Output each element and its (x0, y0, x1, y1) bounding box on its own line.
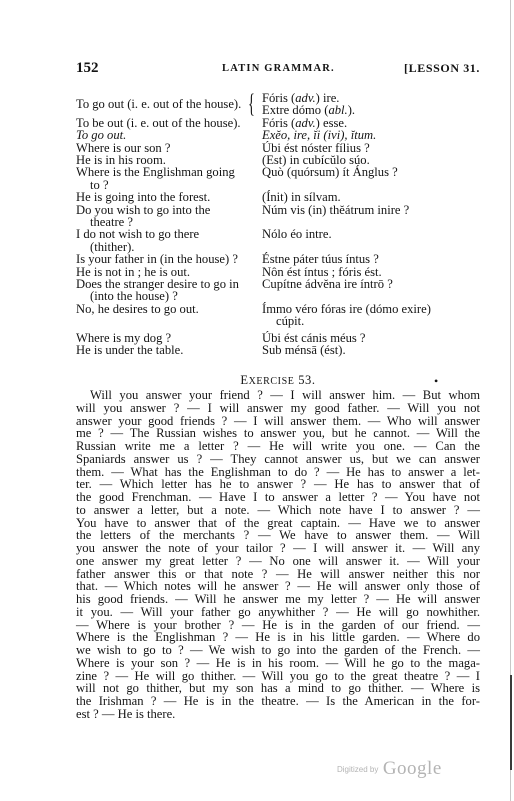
vocab-row: To go out.Exĕo, ire, ĭi (ivi), ĭtum. (76, 129, 480, 141)
curly-brace: { (248, 92, 255, 116)
digitized-watermark: Digitized by Google (337, 758, 442, 780)
exercise-title-initial: E (240, 373, 248, 387)
vocab-row: No, he desires to go out.Ímmo véro fóras… (76, 303, 480, 328)
book-page: 152 LATIN GRAMMAR. [LESSON 31. To go out… (0, 0, 514, 801)
latin-phrase: Cupítne ádvĕna ire íntrō ? (262, 278, 480, 290)
vocab-row: Do you wish to go into thetheatre ?Núm v… (76, 204, 480, 229)
latin-phrase: Exĕo, ire, ĭi (ivi), ĭtum. (262, 129, 480, 141)
english-line: He is going into the forest. (76, 191, 259, 203)
latin-phrase: Sub ménsā (ést). (262, 344, 480, 356)
latin-line: Exĕo, ire, ĭi (ivi), ĭtum. (262, 129, 480, 141)
exercise-body: Will you answer your friend ? — I will a… (76, 389, 480, 721)
english-phrase: He is going into the forest. (76, 191, 259, 203)
exercise-line: you answer the note of your tailor ? — I… (76, 542, 480, 555)
english-line: To go out (i. e. out of the house). (76, 98, 259, 110)
exercise-line: Will you answer your friend ? — I will a… (76, 389, 480, 402)
latin-phrase: Quò (quórsum) ít Ánglus ? (262, 166, 480, 178)
exercise-line: est ? — He is there. (76, 708, 480, 721)
running-header: 152 LATIN GRAMMAR. [LESSON 31. (76, 60, 480, 78)
page-edge-shadow (510, 675, 512, 770)
english-phrase: Do you wish to go into thetheatre ? (76, 204, 259, 229)
vocab-row: He is under the table.Sub ménsā (ést). (76, 344, 480, 356)
latin-line: cúpit. (262, 315, 480, 327)
exercise-line: his good friends. — Will he answer me my… (76, 593, 480, 606)
english-phrase: To go out. (76, 129, 259, 141)
print-speck: • (434, 374, 438, 389)
latin-phrase: Núm vis (in) thĕátrum inire ? (262, 204, 480, 216)
english-line: No, he desires to go out. (76, 303, 259, 315)
vocab-row: Where is the Englishman goingto ?Quò (qu… (76, 166, 480, 191)
latin-line: Cupítne ádvĕna ire íntrō ? (262, 278, 480, 290)
latin-line: Nólo éo intre. (262, 228, 480, 240)
exercise-line: Russian write me a letter ? — He will wr… (76, 440, 480, 453)
latin-phrase: Fóris (adv.) ire.Extre dómo (abl.). (262, 92, 480, 117)
exercise-line: we wish to go to ? — We wish to go into … (76, 644, 480, 657)
english-line: He is under the table. (76, 344, 259, 356)
running-title: LATIN GRAMMAR. (222, 63, 335, 74)
google-logo: Google (383, 758, 442, 779)
latin-phrase: Ímmo véro fóras ire (dómo exire)cúpit. (262, 303, 480, 328)
exercise-line: one answer my great letter ? — No one wi… (76, 555, 480, 568)
latin-line: Quò (quórsum) ít Ánglus ? (262, 166, 480, 178)
exercise-title: EXERCISE 53. (76, 373, 480, 388)
english-phrase: Where is the Englishman goingto ? (76, 166, 259, 191)
english-phrase: I do not wish to go there(thither). (76, 228, 259, 253)
english-line: Where is the Englishman going (76, 166, 259, 178)
english-line: I do not wish to go there (76, 228, 259, 240)
english-phrase: No, he desires to go out. (76, 303, 259, 315)
english-phrase: He is under the table. (76, 344, 259, 356)
vocab-row: I do not wish to go there(thither).Nólo … (76, 228, 480, 253)
vocab-row: Is your father in (in the house) ?Éstne … (76, 253, 480, 265)
latin-phrase: Éstne páter túus íntus ? (262, 253, 480, 265)
english-phrase: To go out (i. e. out of the house). (76, 98, 259, 110)
watermark-prefix: Digitized by (337, 765, 378, 774)
exercise-line: it you. — Will your father go anywhither… (76, 606, 480, 619)
page-number: 152 (76, 60, 99, 77)
latin-line: Núm vis (in) thĕátrum inire ? (262, 204, 480, 216)
latin-phrase: (Ínit) in sílvam. (262, 191, 480, 203)
exercise-title-rest: XERCISE (249, 376, 295, 387)
english-phrase: Does the stranger desire to go in(into t… (76, 278, 259, 303)
exercise-line: the good Frenchman. — Have I to answer a… (76, 491, 480, 504)
english-line: Is your father in (in the house) ? (76, 253, 259, 265)
exercise-line: to answer a letter, but a note. — Which … (76, 504, 480, 517)
latin-line: (Ínit) in sílvam. (262, 191, 480, 203)
exercise-line: will you answer ? — I will answer my goo… (76, 402, 480, 415)
vocab-row: He is going into the forest.(Ínit) in sí… (76, 191, 480, 203)
english-line: (into the house) ? (76, 290, 259, 302)
vocab-row: To go out (i. e. out of the house).{Fóri… (76, 92, 480, 117)
exercise-line: the Irishman ? — He is in the theatre. —… (76, 695, 480, 708)
latin-phrase: Nólo éo intre. (262, 228, 480, 240)
latin-line: Éstne páter túus íntus ? (262, 253, 480, 265)
exercise-number: 53. (298, 373, 315, 387)
vocab-row: Does the stranger desire to go in(into t… (76, 278, 480, 303)
lesson-label: [LESSON 31. (404, 61, 480, 76)
latin-line: Sub ménsā (ést). (262, 344, 480, 356)
exercise-line: Spaniards answer us ? — They cannot answ… (76, 453, 480, 466)
exercise-line: Where is your son ? — He is in his room.… (76, 657, 480, 670)
english-phrase: Is your father in (in the house) ? (76, 253, 259, 265)
english-line: To go out. (76, 129, 259, 141)
